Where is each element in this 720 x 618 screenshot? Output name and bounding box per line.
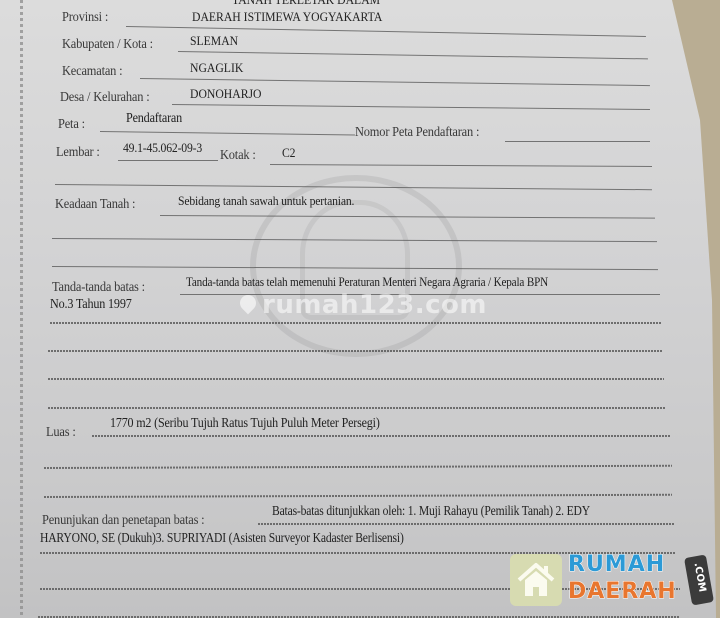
desa-label: Desa / Kelurahan : xyxy=(60,89,149,105)
keadaan-value: Sebidang tanah sawah untuk pertanian. xyxy=(178,193,354,209)
blank-line xyxy=(38,616,680,618)
luas-label: Luas : xyxy=(46,424,76,440)
luas-line xyxy=(92,435,670,437)
penunjukan-value-line2: HARYONO, SE (Dukuh)3. SUPRIYADI (Asisten… xyxy=(40,530,404,546)
logo-word-daerah: DAERAH xyxy=(568,579,677,604)
section-header: TANAH TERLETAK DALAM xyxy=(232,0,380,8)
blank-line xyxy=(48,407,666,409)
location-pin-icon xyxy=(237,291,260,314)
provinsi-value: DAERAH ISTIMEWA YOGYAKARTA xyxy=(192,9,382,25)
logo-tld-badge: .COM xyxy=(684,554,714,605)
luas-value: 1770 m2 (Seribu Tujuh Ratus Tujuh Puluh … xyxy=(110,416,380,432)
logo-badge xyxy=(510,554,562,606)
kecamatan-label: Kecamatan : xyxy=(62,63,122,79)
provinsi-label: Provinsi : xyxy=(62,9,108,25)
nomor-peta-label: Nomor Peta Pendaftaran : xyxy=(355,124,479,140)
blank-line xyxy=(48,350,663,352)
perforated-edge xyxy=(20,0,23,618)
kabupaten-label: Kabupaten / Kota : xyxy=(62,36,153,52)
blank-line xyxy=(50,322,662,324)
lembar-line xyxy=(118,160,218,161)
keadaan-label: Keadaan Tanah : xyxy=(55,196,135,212)
nomor-peta-line xyxy=(505,141,650,142)
penunjukan-value-line1: Batas-batas ditunjukkan oleh: 1. Muji Ra… xyxy=(272,503,590,519)
blank-line xyxy=(48,378,664,380)
house-icon xyxy=(516,562,556,598)
rumahdaerah-logo: RUMAH DAERAH .COM xyxy=(510,552,715,612)
kotak-value: C2 xyxy=(282,145,295,161)
rumah123-watermark: rumah123.com xyxy=(240,290,487,320)
desa-value: DONOHARJO xyxy=(190,86,262,102)
kabupaten-value: SLEMAN xyxy=(190,33,238,49)
tanda-batas-value-line2: No.3 Tahun 1997 xyxy=(50,296,132,312)
peta-label: Peta : xyxy=(58,116,85,132)
peta-value: Pendaftaran xyxy=(126,110,182,126)
tanda-batas-label: Tanda-tanda batas : xyxy=(52,279,145,295)
kecamatan-value: NGAGLIK xyxy=(190,60,243,76)
penunjukan-label: Penunjukan dan penetapan batas : xyxy=(42,512,204,528)
lembar-value: 49.1-45.062-09-3 xyxy=(123,140,202,156)
kotak-label: Kotak : xyxy=(220,147,256,163)
penunjukan-line xyxy=(258,523,674,525)
tanda-batas-value-line1: Tanda-tanda batas telah memenuhi Peratur… xyxy=(186,274,548,290)
lembar-label: Lembar : xyxy=(56,144,100,160)
logo-word-rumah: RUMAH xyxy=(568,552,665,577)
